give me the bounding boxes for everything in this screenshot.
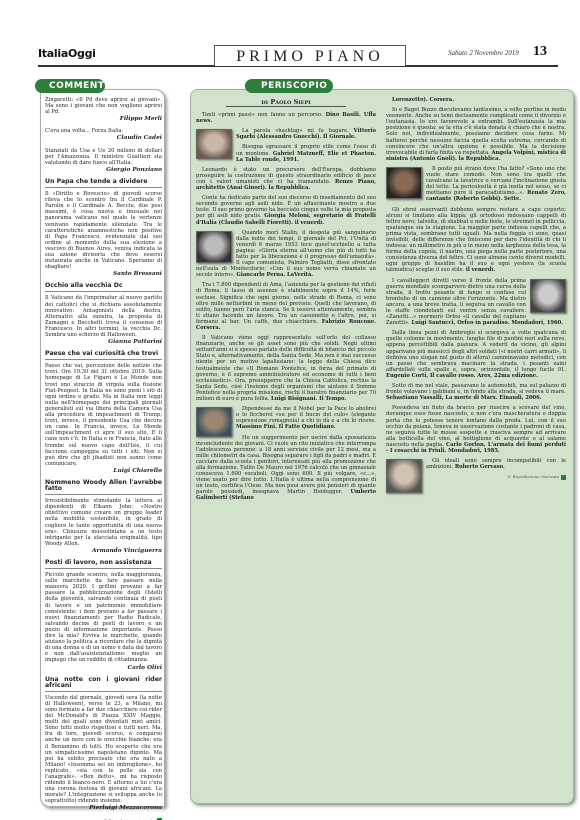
quote-text: Ho un suggerimento per uscire dalla spos…	[196, 435, 376, 496]
quote: Dalla linea pezzi di Ambrogio si scorgev…	[386, 330, 566, 379]
quote: Il Vaticano viene oggi rappresentato sul…	[196, 335, 376, 402]
quote-text: Gli ebrei osservanti debbono sempre rest…	[386, 207, 566, 274]
green-square-icon	[561, 475, 566, 480]
quote-credit: il venerdì.	[466, 267, 495, 273]
quote: Dipendesse da me il Nobel per la Pace lo…	[196, 406, 376, 430]
quote: Gli ideali sono sempre incompatibili con…	[386, 458, 566, 470]
comment-body: C'era una volta... Forza Italia.	[45, 128, 162, 134]
quote-credit: Massimo Fini. Il Fatto Quotidiano.	[236, 424, 336, 430]
quote: Ho un suggerimento per uscire dalla spos…	[196, 435, 376, 502]
comment-body: Piccolo grande scontro, nella maggioranz…	[45, 572, 162, 663]
quote-credit: Roberto Gervaso.	[455, 464, 505, 470]
comment-title: Una notte con i giovani rider africani	[45, 677, 162, 692]
quote-text: Dipendesse da me il Nobel per la Pace lo…	[236, 406, 376, 424]
commenti-column: Zingaretti: «Il Pd deve aprirsi ai giova…	[45, 97, 162, 820]
periscopio-column-2: Lorenzetto). Corsera.Io e Baget Bozzo di…	[386, 97, 566, 495]
quote: Tra i 7.800 dipendenti di Ama, l'azienda…	[196, 282, 376, 331]
quote-text: I cavalleggeri diretti verso il fronte d…	[386, 278, 526, 327]
comment-body: Paese che vai, percezione delle notizie …	[45, 363, 162, 467]
masthead: ItaliaOggi PRIMO PIANO Sabato 2 Novembre…	[38, 45, 558, 67]
periscopio-column-1: di Paolo Siepi Tanti «primi passi» non f…	[196, 97, 376, 506]
comment-title: Occhio alla vecchia Dc	[45, 283, 162, 292]
quote: I cavalleggeri diretti verso il fronte d…	[386, 278, 566, 327]
comment-author: Luigi Chiarello	[45, 468, 162, 474]
quote: Tanti «primi passi» non fanno un percors…	[196, 112, 376, 124]
comment-author: Pierluigi Mezzacorona	[45, 805, 162, 811]
comment-title: Un Papa che tende a dividere	[45, 179, 162, 188]
santucci-photo	[530, 279, 566, 313]
quote-credit: Sebastiano Vassalli, La morte di Marx. E…	[386, 395, 542, 401]
quote: La parola «hashtag» mi fa bagare. Vittor…	[196, 128, 376, 140]
comment-author: Filippo Merli	[45, 116, 162, 122]
commenti-tab: COMMENTI	[35, 79, 105, 93]
quote-text: Tanti «primi passi» non fanno un percors…	[202, 112, 326, 118]
comment-body: Uscendo dal giornale, giovedì sera (la n…	[45, 695, 162, 805]
page-number: 13	[533, 44, 547, 60]
comment-body: Stanziati da Usa e Ue 20 milioni di doll…	[45, 148, 162, 166]
periscopio-tab: PERISCOPIO	[245, 79, 333, 93]
quote-credit: Luigi Santucci, Orfeo in paradiso. Monda…	[411, 320, 563, 326]
gervaso-photo	[386, 459, 422, 493]
comment-author: Gianna Pattarini	[45, 339, 162, 345]
quote: Gli ebrei osservanti debbono sempre rest…	[386, 207, 566, 274]
comment-body: Il «Diritto e Rovescio» di giovedì scors…	[45, 191, 162, 270]
quote-credit: Lorenzetto). Corsera.	[392, 97, 454, 103]
comment-body: Zingaretti: «Il Pd deve aprirsi ai giova…	[45, 97, 162, 115]
quote-text: Io e Baget Bozzo discutevamo tantissimo,…	[386, 107, 566, 156]
comment-title: Nemmeno Woody Allen l'avrebbe fatto	[45, 480, 162, 495]
comment-author: Armando Vinciguerra	[45, 548, 162, 554]
sgarbi-photo	[196, 129, 232, 159]
stalin-photo	[196, 231, 232, 263]
newspaper-logo: ItaliaOggi	[38, 47, 96, 60]
quote-credit: Luigi Bisignani. Il Tempo.	[271, 396, 346, 402]
quote: Il posto più strano dove l'ha fatto? «So…	[386, 166, 566, 203]
quote-text: Sotto di me nel viale, passavano le auto…	[386, 383, 566, 395]
byline: di Paolo Siepi	[226, 99, 346, 107]
quote: Possedeva un fiuto da bracco per riuscir…	[386, 405, 566, 454]
comment-title: Posti di lavoro, non assistenza	[45, 560, 162, 569]
comment-body: Il Vaticano dà l'imprimatur al nuovo par…	[45, 295, 162, 338]
fini-photo	[196, 407, 232, 437]
quote: Leonardo è stato un precursore dell'Euro…	[196, 167, 376, 191]
quote: Conte ha dedicato parte del suo discorso…	[196, 195, 376, 225]
copyright-text: © Riproduzione riservata	[507, 474, 559, 479]
quote-credit: Eugenio Corti, Il cavallo rosso. Ares, 2…	[386, 373, 538, 379]
comment-author: Santo Bressani	[45, 271, 162, 277]
issue-date: Sabato 2 Novembre 2019	[448, 49, 519, 57]
quote: Io e Baget Bozzo discutevamo tantissimo,…	[386, 107, 566, 162]
zero-photo	[386, 167, 422, 199]
comment-title: Paese che vai curiosità che trovi	[45, 351, 162, 360]
quote: Lorenzetto). Corsera.	[386, 97, 566, 103]
quote: Quando morì Stalin, il despota più sangu…	[196, 230, 376, 279]
comment-author: Claudio Cadei	[45, 135, 162, 141]
comment-author: Carlo Olivi	[45, 665, 162, 671]
comment-body: Irresistibilmente stimolante la lettera …	[45, 498, 162, 547]
quote-text: Dalla linea pezzi di Ambrogio si scorgev…	[386, 330, 566, 373]
section-title: PRIMO PIANO	[214, 45, 406, 66]
comment-author: Giorgio Ponziano	[45, 167, 162, 173]
quote: Sotto di me nel viale, passavano le auto…	[386, 383, 566, 401]
quote-credit: Giancarlo Perna. LaVerità.	[236, 272, 313, 278]
quote-text: Il Vaticano viene oggi rappresentato sul…	[196, 335, 376, 402]
